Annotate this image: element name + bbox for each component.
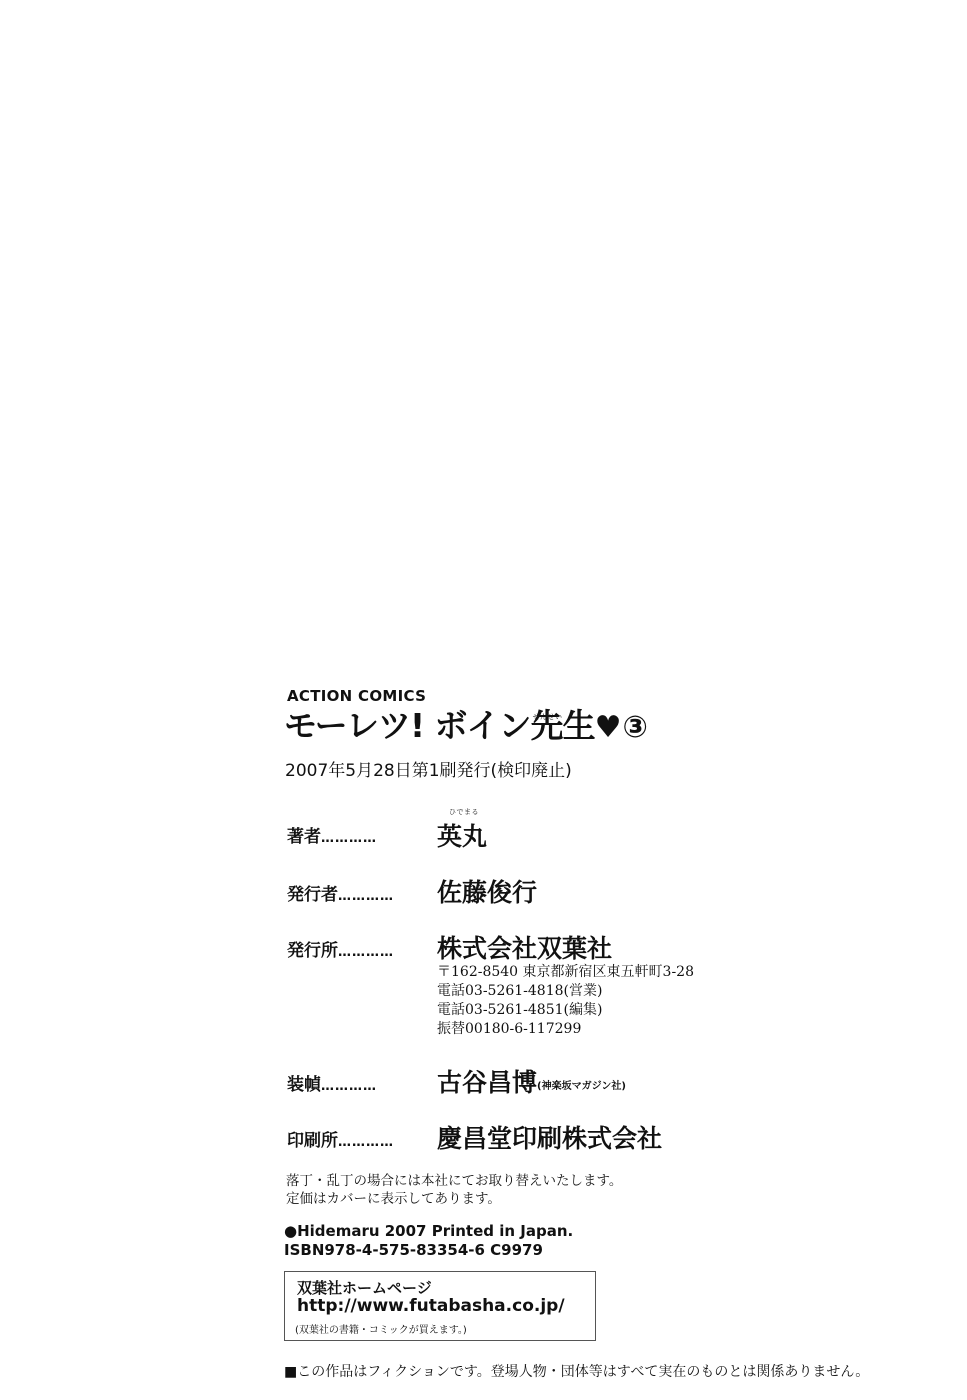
credit-row-author: 著者………… (287, 822, 377, 847)
credit-value: 佐藤俊行 (437, 878, 537, 907)
publication-date: 2007年5月28日第1刷発行(検印廃止) (285, 756, 572, 781)
credit-label: 発行者 (287, 885, 338, 905)
title-main: モーレツ! ボイン (284, 706, 531, 745)
website-box: 双葉社ホームページ http://www.futabasha.co.jp/ (双… (284, 1271, 596, 1341)
credit-note: (神楽坂マガジン社) (537, 1081, 626, 1092)
series-name: ACTION COMICS (287, 687, 426, 705)
credit-value-publisher-person: 佐藤俊行 (437, 873, 537, 909)
title-ruby: せんせい (533, 697, 563, 737)
publisher-address-block: 〒162-8540 東京都新宿区東五軒町3-28 電話03-5261-4818(… (437, 963, 694, 1039)
website-subtitle: (双葉社の書籍・コミックが買えます。) (295, 1321, 467, 1336)
credit-row-publisher-person: 発行者………… (287, 880, 394, 905)
author-ruby: ひでまる (449, 807, 479, 817)
credit-value-printer: 慶昌堂印刷株式会社 (437, 1119, 662, 1155)
notice-block: 落丁・乱丁の場合には本社にてお取り替えいたします。 定価はカバーに表示してありま… (286, 1172, 622, 1208)
credit-label: 印刷所 (287, 1131, 338, 1151)
credit-label: 発行所 (287, 941, 338, 961)
phone-sales: 電話03-5261-4818(営業) (437, 982, 694, 1001)
leader-dots: ………… (321, 831, 377, 846)
author-with-ruby: ひでまる英丸 (437, 817, 487, 853)
credit-value-design: 古谷昌博(神楽坂マガジン社) (437, 1063, 626, 1099)
volume-number: ③ (622, 710, 646, 745)
credit-label: 著者 (287, 827, 321, 847)
credit-value: 株式会社双葉社 (437, 934, 612, 963)
heart-icon: ♥ (595, 710, 621, 745)
credit-row-printer: 印刷所………… (287, 1126, 394, 1151)
fiction-disclaimer: ■この作品はフィクションです。登場人物・団体等はすべて実在のものとは関係ありませ… (284, 1361, 869, 1381)
copyright-line: ●Hidemaru 2007 Printed in Japan. (284, 1222, 573, 1241)
credit-label: 装幀 (287, 1075, 321, 1095)
title-kanji-with-ruby: せんせい先生 (531, 706, 595, 746)
postal-address: 〒162-8540 東京都新宿区東五軒町3-28 (437, 963, 694, 982)
leader-dots: ………… (338, 1135, 394, 1150)
credit-value-publisher: 株式会社双葉社 (437, 929, 612, 965)
credit-row-design: 装幀………… (287, 1070, 377, 1095)
book-title: モーレツ! ボインせんせい先生♥③ (284, 706, 647, 748)
phone-editorial: 電話03-5261-4851(編集) (437, 1001, 694, 1020)
leader-dots: ………… (321, 1079, 377, 1094)
notice-replacement: 落丁・乱丁の場合には本社にてお取り替えいたします。 (286, 1172, 622, 1190)
transfer-account: 振替00180-6-117299 (437, 1020, 694, 1039)
website-title: 双葉社ホームページ (297, 1277, 432, 1298)
leader-dots: ………… (338, 945, 394, 960)
credit-row-publisher: 発行所………… (287, 936, 394, 961)
notice-price: 定価はカバーに表示してあります。 (286, 1190, 622, 1208)
leader-dots: ………… (338, 889, 394, 904)
isbn: ISBN978-4-575-83354-6 C9979 (284, 1241, 573, 1260)
credit-value: 慶昌堂印刷株式会社 (437, 1124, 662, 1153)
credit-value: 古谷昌博 (437, 1068, 537, 1097)
website-url[interactable]: http://www.futabasha.co.jp/ (297, 1296, 565, 1316)
copyright-block: ●Hidemaru 2007 Printed in Japan. ISBN978… (284, 1222, 573, 1260)
credit-value: 英丸 (437, 822, 487, 851)
credit-value-author: ひでまる英丸 (437, 817, 487, 853)
